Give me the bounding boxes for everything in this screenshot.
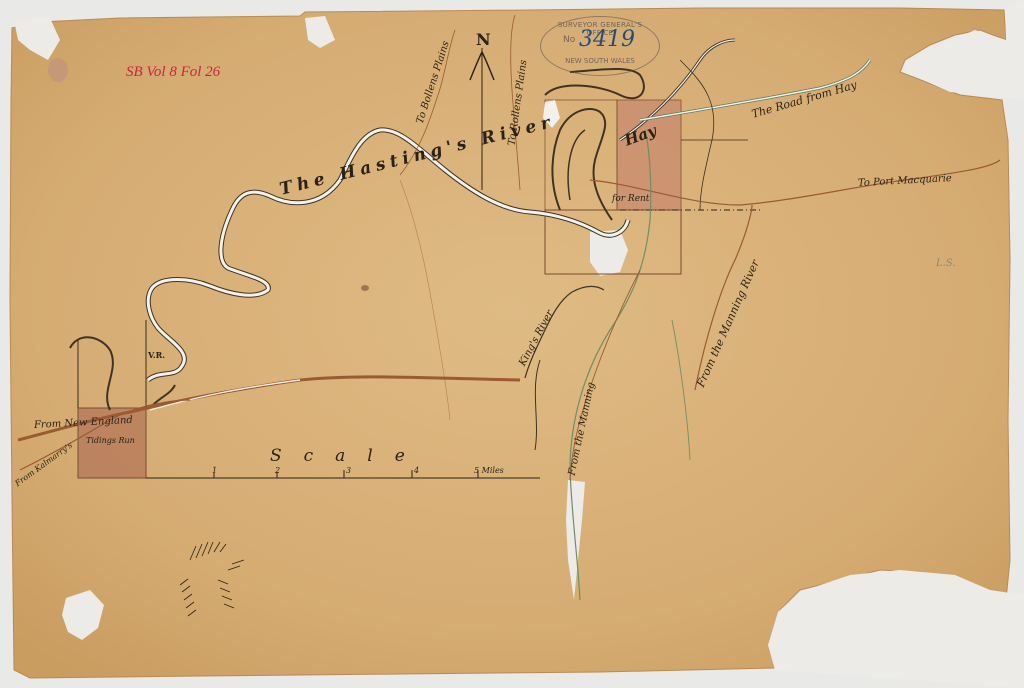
catalogue-reference: SB Vol 8 Fol 26 <box>126 64 220 81</box>
north-arrow-label: N <box>476 30 491 49</box>
label-vr: V.R. <box>148 350 165 360</box>
scale-tick-5-miles: 5 Miles <box>474 466 504 475</box>
scale-tick-4: 4 <box>414 466 419 475</box>
label-for-rent: for Rent <box>612 194 649 204</box>
survey-office-stamp: SURVEYOR GENERAL'S OFFICE No 3419 NEW SO… <box>540 16 660 76</box>
stamp-bottom-text: NEW SOUTH WALES <box>553 57 647 65</box>
pencil-note: L.S. <box>936 258 956 269</box>
scale-tick-3: 3 <box>346 466 351 475</box>
scale-title: Scale <box>270 446 427 466</box>
stamp-no-label: No <box>563 35 575 45</box>
scale-tick-1: 1 <box>212 466 217 475</box>
stamp-number: 3419 <box>579 27 635 52</box>
scale-tick-2: 2 <box>275 466 280 475</box>
label-tidings-run: Tidings Run <box>86 436 135 445</box>
map-sheet: SB Vol 8 Fol 26 SURVEYOR GENERAL'S OFFIC… <box>0 0 1024 688</box>
